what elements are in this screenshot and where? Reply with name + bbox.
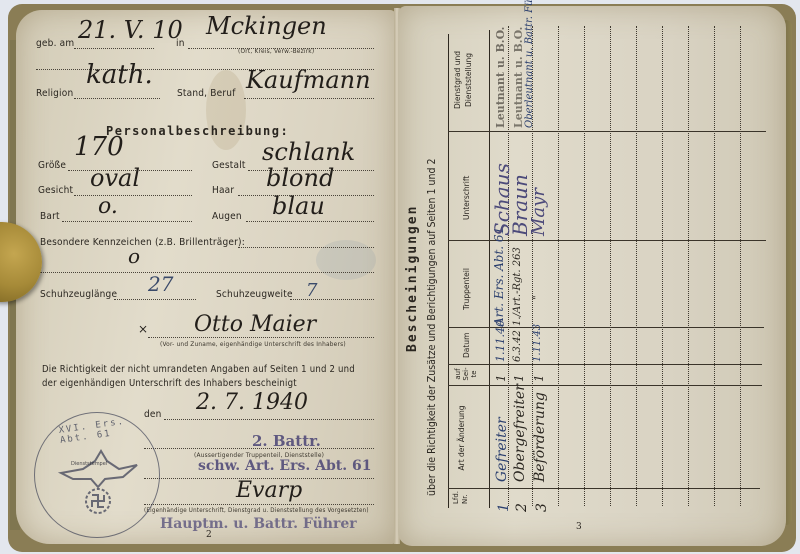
- hair-label: Haar: [212, 185, 234, 196]
- row-1-datum: 1.11.40: [494, 320, 507, 362]
- religion-label: Religion: [36, 88, 73, 99]
- religion-value: kath.: [86, 60, 153, 90]
- row-1-lfd-nr: 1: [496, 503, 512, 512]
- beard-line: [62, 221, 192, 222]
- marks-line: [238, 247, 374, 248]
- eyes-line: [246, 221, 374, 222]
- page-number-right: 3: [576, 522, 582, 532]
- marks-label: Besondere Kennzeichen (z.B. Brillenträge…: [40, 237, 245, 248]
- marks-line-2: [40, 272, 374, 273]
- build-label: Gestalt: [212, 160, 246, 171]
- holder-signature-hint: (Vor- und Zuname, eigenhändige Unterschr…: [160, 340, 346, 348]
- row-1-art: Gefreiter: [494, 417, 510, 482]
- face-value: oval: [90, 164, 140, 192]
- row-separator: [584, 26, 585, 506]
- officer-hint: (Eigenhändige Unterschrift, Dienstgrad u…: [144, 507, 369, 514]
- column-divider: [448, 131, 766, 132]
- shoe-width-value: 7: [306, 280, 317, 301]
- unit-stamp-line-2: schw. Art. Ers. Abt. 61: [198, 458, 371, 474]
- official-round-stamp: XVI. Ers. Abt. 61 Dienststempel: [34, 412, 160, 538]
- hair-value: blond: [266, 164, 334, 192]
- row-separator: [714, 26, 715, 506]
- unit-line: [144, 448, 374, 449]
- birthplace-value: Mckingen: [206, 12, 327, 40]
- face-line: [74, 195, 192, 196]
- row-3-datum: 1.11.43: [532, 324, 543, 362]
- height-label: Größe: [38, 160, 66, 171]
- column-header-datum: Datum: [462, 333, 471, 358]
- birth-date-line: [74, 48, 154, 49]
- shoe-length-line: [114, 299, 196, 300]
- column-header-unterschrift: Unterschrift: [462, 176, 471, 220]
- row-3-unterschrift: Mayr: [528, 188, 549, 236]
- shoe-width-line: [290, 299, 374, 300]
- column-header-truppenteil: Truppenteil: [462, 268, 471, 310]
- beard-value: o.: [98, 194, 118, 219]
- row-2-lfd-nr: 2: [514, 503, 530, 512]
- row-3-dienstgrad: Oberleutnant u. Battr. Führer: [524, 0, 535, 128]
- birth-date-label: geb. am: [36, 38, 74, 49]
- row-3-auf-seite: 1: [532, 374, 546, 382]
- row-1-truppenteil: Art. Ers. Abt. 61: [492, 227, 506, 326]
- row-1-auf-seite: 1: [494, 374, 508, 382]
- eyes-value: blau: [272, 192, 325, 220]
- stain: [206, 70, 246, 150]
- row-2-auf-seite: 1: [512, 374, 526, 382]
- birthplace-hint: (Ort, Kreis, Verw.-Bezirk): [238, 47, 314, 55]
- shoe-length-value: 27: [148, 272, 173, 296]
- row-3-truppenteil: ": [532, 295, 543, 300]
- birthplace-label: in: [176, 38, 185, 49]
- row-3-art: Beförderung: [532, 392, 548, 482]
- page-number-left: 2: [206, 530, 212, 540]
- occupation-label: Stand, Beruf: [177, 88, 236, 99]
- beard-label: Bart: [40, 211, 60, 222]
- stamp-center-text: Dienststempel: [71, 461, 107, 467]
- marks-value: o: [128, 244, 140, 268]
- rank-stamp: Hauptm. u. Battr. Führer: [160, 516, 357, 532]
- certification-text-2: der eigenhändigen Unterschrift des Inhab…: [42, 378, 297, 389]
- row-separator: [610, 26, 611, 506]
- personal-description-heading: Personalbeschreibung:: [106, 124, 289, 138]
- holder-signature: Otto Maier: [194, 312, 316, 337]
- signature-cross: ×: [138, 322, 148, 336]
- shoe-length-label: Schuhzeuglänge: [40, 289, 117, 300]
- right-page-heading: Bescheinigungen: [405, 205, 420, 352]
- row-3-lfd-nr: 3: [534, 503, 550, 512]
- birth-date-value: 21. V. 10: [78, 16, 183, 44]
- row-separator: [688, 26, 689, 506]
- date-line: [164, 419, 374, 420]
- shoe-width-label: Schuhzeugweite: [216, 289, 293, 300]
- certification-text-1: Die Richtigkeit der nicht umrandeten Ang…: [42, 364, 355, 375]
- eagle-emblem-icon: [53, 439, 143, 519]
- row-separator: [740, 26, 741, 506]
- right-page-subheading: über die Richtigkeit der Zusätze und Ber…: [426, 159, 438, 496]
- row-2-datum: 6.3.42: [512, 330, 523, 362]
- row-1-dienstgrad: Leutnant u. B.O.: [494, 27, 507, 128]
- column-header-auf-seite: auf Sei- te: [454, 364, 478, 384]
- religion-line: [74, 98, 160, 99]
- column-header-art: Art der Änderung: [456, 402, 467, 474]
- column-header-dienstgrad: Dienstgrad und Dienststellung: [452, 40, 474, 120]
- build-value: schlank: [262, 138, 355, 166]
- occupation-value: Kaufmann: [246, 66, 371, 94]
- row-separator: [636, 26, 637, 506]
- row-2-art: Obergefreiter: [512, 384, 528, 482]
- height-value: 170: [74, 132, 124, 162]
- date-value: 2. 7. 1940: [196, 390, 308, 415]
- officer-line: [144, 504, 374, 505]
- officer-signature: Evarp: [236, 478, 302, 503]
- row-separator: [558, 26, 559, 506]
- row-separator: [662, 26, 663, 506]
- face-label: Gesicht: [38, 185, 73, 196]
- row-2-truppenteil: 1./Art.-Rgt. 263: [512, 247, 523, 326]
- occupation-line: [244, 98, 374, 99]
- column-header-lfd-nr: Lfd. Nr.: [452, 486, 470, 504]
- table-header-border: [489, 30, 490, 508]
- table-left-border: [448, 34, 449, 508]
- holder-signature-line: [148, 337, 374, 338]
- stain: [316, 240, 376, 280]
- eyes-label: Augen: [212, 211, 242, 222]
